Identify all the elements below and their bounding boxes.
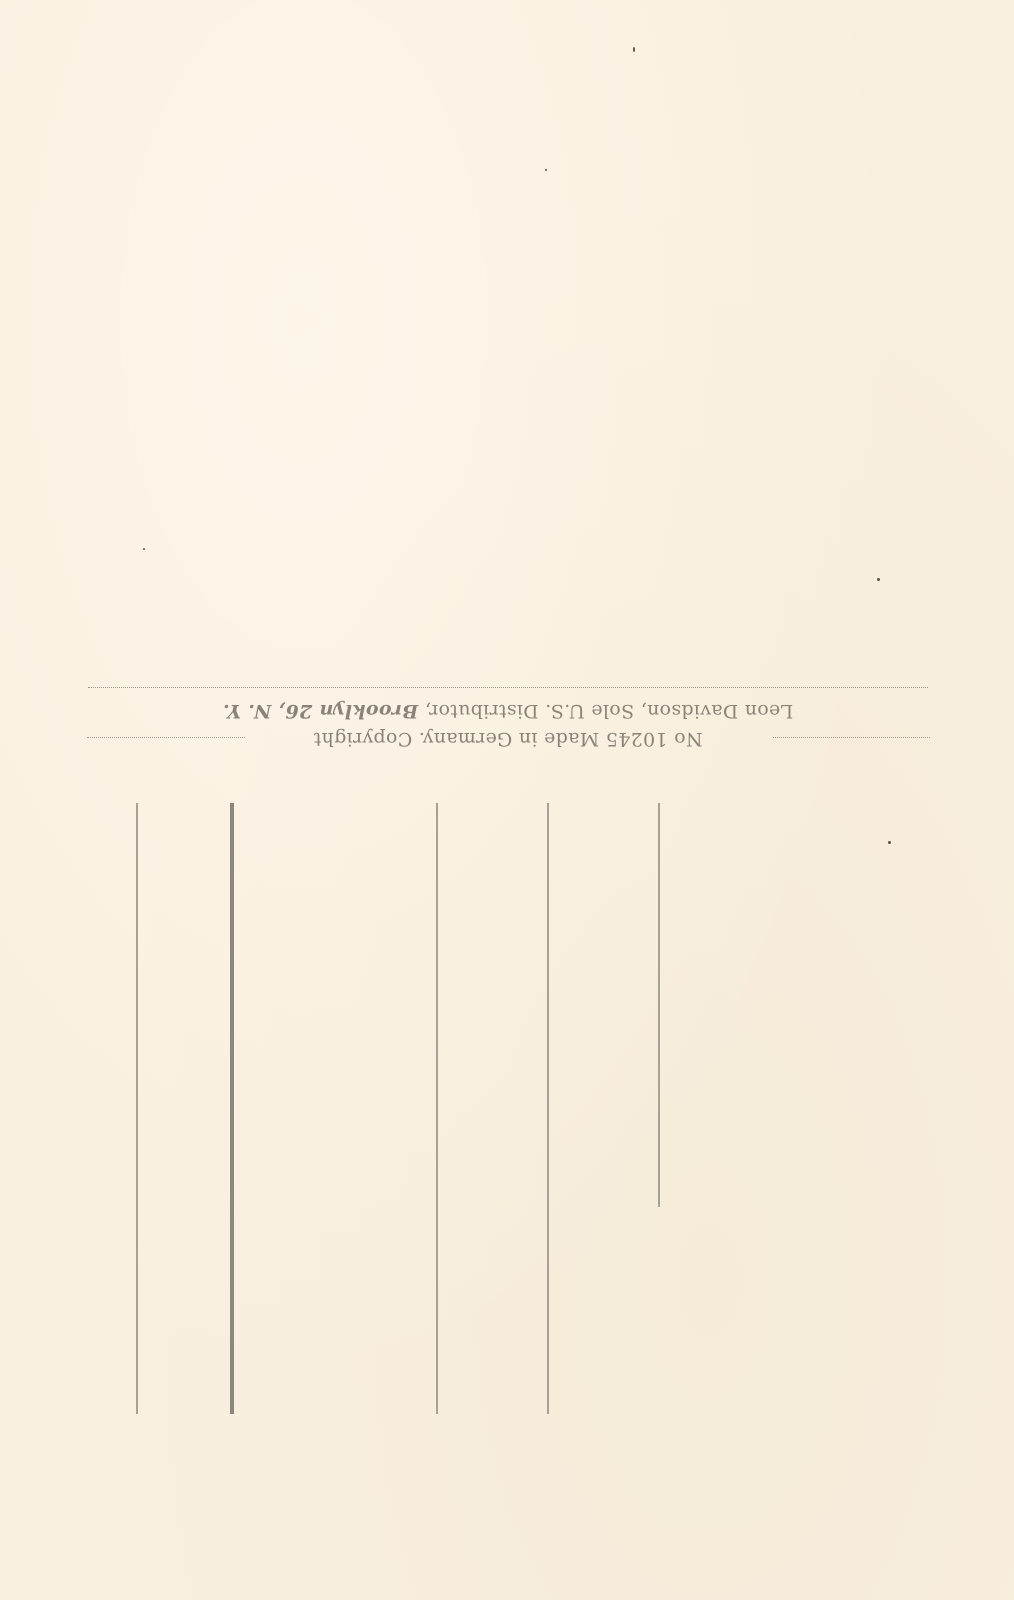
imprint-distributor-city: Brooklyn 26, N. Y. [223, 700, 418, 722]
address-line-4 [658, 803, 660, 1207]
paper-speck [143, 548, 145, 550]
paper-speck [888, 841, 891, 844]
imprint-line-distributor: Leon Davidson, Sole U.S. Distributor, Br… [88, 700, 928, 722]
postcard-back: No 10245 Made in Germany. Copyright Leon… [0, 0, 1014, 1600]
imprint-line-number: No 10245 Made in Germany. Copyright [88, 728, 928, 750]
divider-top [88, 687, 928, 688]
paper-speck [633, 47, 635, 52]
paper-speck [877, 578, 880, 581]
imprint-distributor-name: Leon Davidson, Sole U.S. Distributor, [418, 700, 793, 722]
address-line-3 [547, 803, 549, 1414]
address-line-2 [436, 803, 438, 1414]
address-line-1 [136, 803, 138, 1414]
paper-speck [545, 169, 547, 171]
publisher-imprint: No 10245 Made in Germany. Copyright Leon… [88, 690, 928, 750]
center-divider-line [230, 803, 234, 1414]
